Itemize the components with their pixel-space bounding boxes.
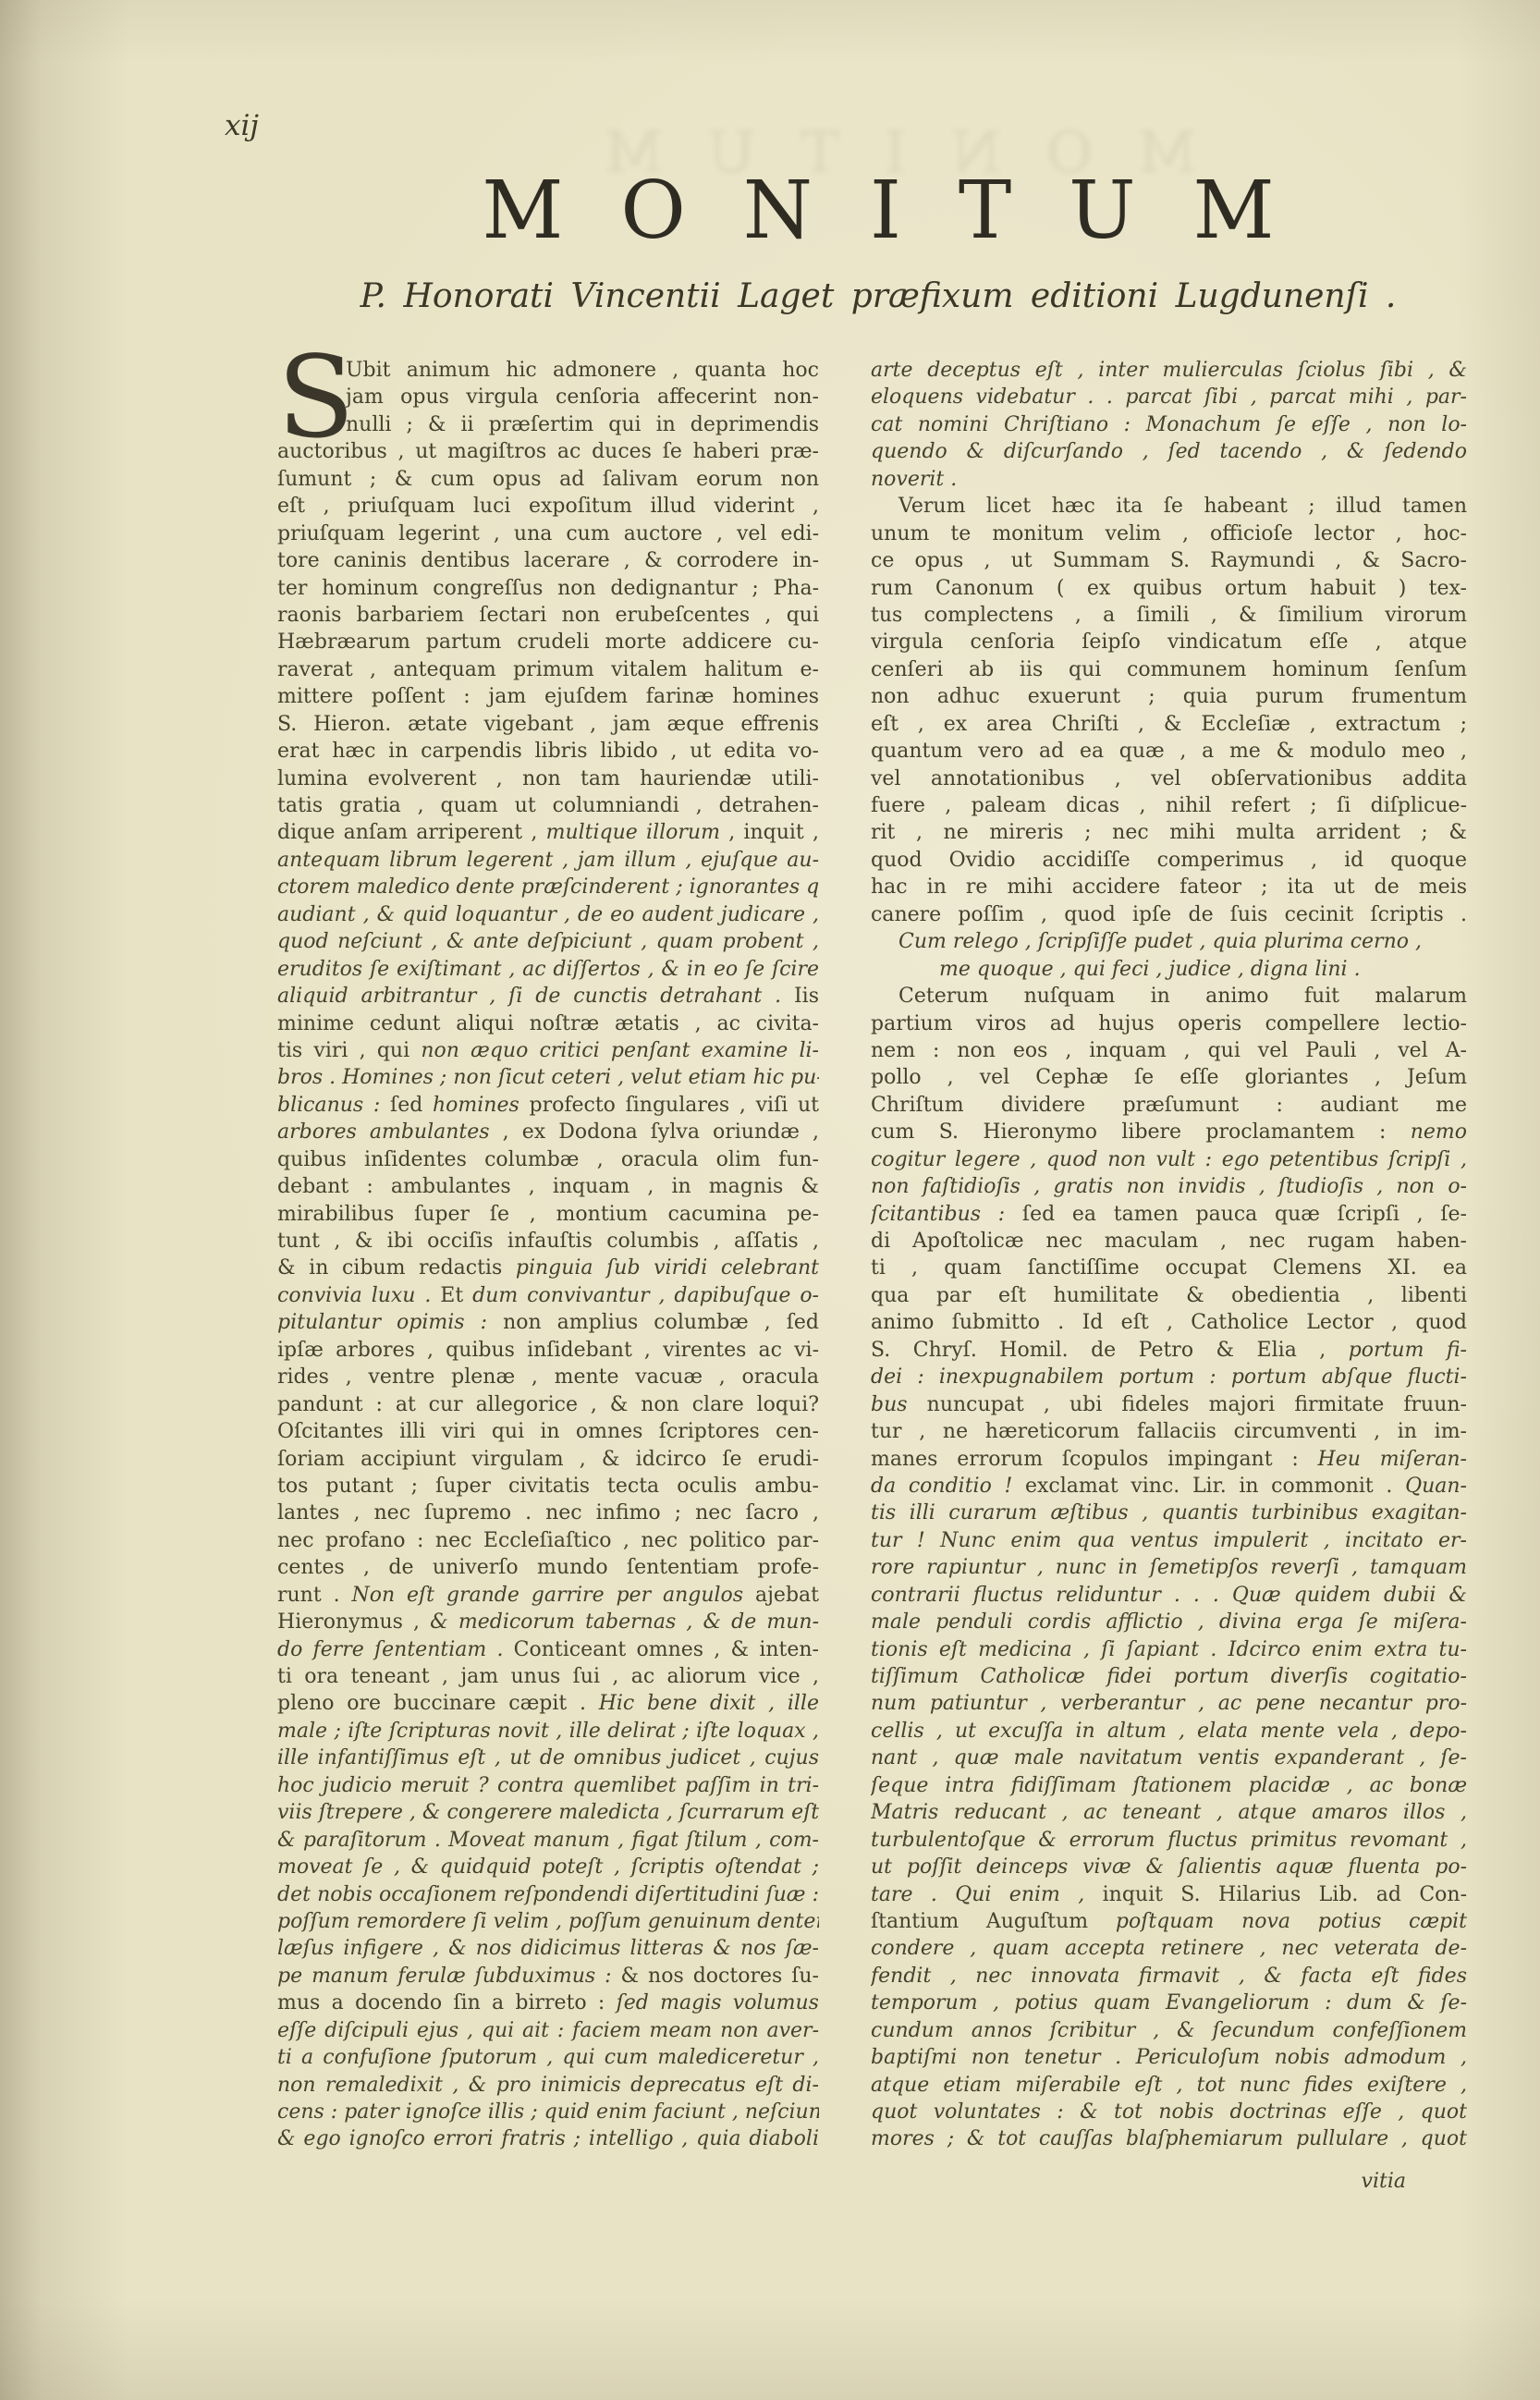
italic-run: & ego ignoſco errori fratris ; intelligo… <box>277 2127 819 2150</box>
left-column: S Ubit animum hic admonere , quanta hocj… <box>277 357 819 2153</box>
roman-run: canere poſſim , quod ipſe de ſuis cecini… <box>871 903 1467 926</box>
text-line: erat hæc in carpendis libris libido , ut… <box>277 738 819 765</box>
text-line: pleno ore buccinare cæpit . Hic bene dix… <box>277 1690 819 1717</box>
roman-run: pandunt : at cur allegorice , & non clar… <box>277 1393 819 1416</box>
italic-run: temporum , potius quam Evangeliorum : du… <box>871 1991 1467 2014</box>
italic-run: homines <box>433 1094 530 1117</box>
italic-run: baptiſmi non tenetur . Periculoſum nobis… <box>871 2046 1467 2069</box>
italic-run: ti a confuſione ſputorum , qui cum maled… <box>277 2046 819 2069</box>
text-line: unum te monitum velim , officioſe lector… <box>871 520 1467 547</box>
roman-run: lumina evolverent , non tam hauriendæ ut… <box>277 767 819 790</box>
text-line: ſumunt ; & cum opus ad ſalivam eorum non <box>277 466 819 493</box>
italic-run: do ferre ſententiam . <box>277 1638 503 1661</box>
text-line: mirabilibus ſuper ſe , montium cacumina … <box>277 1201 819 1228</box>
italic-run: ctorem maledico dente præſcinderent ; ig… <box>277 876 819 899</box>
text-line: raonis barbariem ſectari non erubeſcente… <box>277 602 819 629</box>
italic-run: pinguia ſub viridi celebrant <box>516 1256 819 1280</box>
text-line: partium viros ad hujus operis compellere… <box>871 1010 1467 1037</box>
italic-run: tis illi curarum æſtibus , quantis turbi… <box>871 1501 1467 1524</box>
italic-run: non æquo critici penſant examine li- <box>421 1039 819 1062</box>
text-line: Verum licet hæc ita ſe habeant ; illud t… <box>871 493 1467 520</box>
italic-run: blicanus : <box>277 1094 390 1117</box>
italic-run: nemo <box>1411 1120 1467 1144</box>
italic-run: non remaledixit , & pro inimicis depreca… <box>277 2074 819 2097</box>
italic-run: antequam librum legerent , jam illum , e… <box>277 849 819 872</box>
text-line: & in cibum redactis pinguia ſub viridi c… <box>277 1255 819 1281</box>
roman-run: & in cibum redactis <box>277 1256 516 1280</box>
roman-run: , ex Dodona ſylva oriundæ , <box>503 1120 819 1144</box>
roman-run: pollo , vel Cephæ ſe eſſe gloriantes , J… <box>871 1066 1467 1089</box>
italic-run: portum fi- <box>1349 1339 1467 1362</box>
roman-run: tis viri , qui <box>277 1039 421 1062</box>
edition-subtitle: P. Honorati Vincentii Laget præfixum edi… <box>222 277 1534 315</box>
italic-run: quendo & diſcurſando , ſed tacendo , & ſ… <box>871 440 1467 463</box>
text-line: rum Canonum ( ex quibus ortum habuit ) t… <box>871 575 1467 602</box>
roman-run: Hæbræarum partum crudeli morte addicere … <box>277 631 819 654</box>
roman-run: unum te monitum velim , officioſe lector… <box>871 522 1467 545</box>
roman-run: tos putant ; ſuper civitatis tecta oculi… <box>277 1475 819 1498</box>
roman-run: eſt , ex area Chriſti , & Eccleſiæ , ext… <box>871 713 1467 736</box>
italic-run: bus <box>871 1393 927 1416</box>
text-line: ſeque intra fidiſſimam ſtationem placidæ… <box>871 1772 1467 1799</box>
roman-run: erat hæc in carpendis libris libido , ut… <box>277 740 819 763</box>
text-line: arbores ambulantes , ex Dodona ſylva ori… <box>277 1119 819 1145</box>
italic-run: num patiuntur , verberantur , ac pene ne… <box>871 1692 1467 1715</box>
italic-run: & paraſitorum . Moveat manum , figat ſti… <box>277 1829 819 1852</box>
italic-run: rore rapiuntur , nunc in ſemetipſos reve… <box>871 1556 1467 1579</box>
text-line: quod neſciunt , & ante deſpiciunt , quam… <box>277 928 819 955</box>
text-line: Chriſtum dividere præſumunt : audiant me <box>871 1092 1467 1119</box>
text-line: male penduli cordis afflictio , divina e… <box>871 1609 1467 1635</box>
text-line: pe manum ferulæ ſubduximus : & nos docto… <box>277 1963 819 1990</box>
italic-run: arbores ambulantes <box>277 1120 503 1144</box>
roman-run: S. Chryſ. Homil. de Petro & Elia , <box>871 1339 1349 1362</box>
text-line: num patiuntur , verberantur , ac pene ne… <box>871 1690 1467 1717</box>
roman-run: runt . <box>277 1584 351 1607</box>
italic-run: tare . Qui enim , <box>871 1883 1084 1906</box>
text-line: blicanus : ſed homines profecto ſingular… <box>277 1092 819 1119</box>
text-line: nec profano : nec Eccleſiaſtico , nec po… <box>277 1527 819 1554</box>
text-line: turbulentoſque & errorum fluctus primitu… <box>871 1827 1467 1854</box>
text-line: ipſæ arbores , quibus inſidebant , viren… <box>277 1337 819 1364</box>
text-line: rore rapiuntur , nunc in ſemetipſos reve… <box>871 1554 1467 1581</box>
text-line: moveat ſe , & quidquid poteſt , ſcriptis… <box>277 1854 819 1880</box>
italic-run: Heu miſeran- <box>1318 1448 1467 1471</box>
italic-run: eruditos ſe exiſtimant , ac diſſertos , … <box>277 958 819 981</box>
roman-run: hac in re mihi accidere fateor ; ita ut … <box>871 876 1467 899</box>
italic-run: eſſe diſcipuli ejus , qui ait : faciem m… <box>277 2019 819 2042</box>
roman-run: di Apoſtolicæ nec maculam , nec rugam ha… <box>871 1230 1467 1253</box>
italic-run: cogitur legere , quod non vult : ego pet… <box>871 1148 1467 1171</box>
text-line: non remaledixit , & pro inimicis depreca… <box>277 2072 819 2099</box>
italic-run: cundum annos ſcribitur , & ſecundum conf… <box>871 2019 1467 2042</box>
text-line: tus complectens , a ſimili , & ſimilium … <box>871 602 1467 629</box>
roman-run: S. Hieron. ætate vigebant , jam æque eff… <box>277 713 819 736</box>
text-line: Cum relego , ſcripſiſſe pudet , quia plu… <box>871 928 1467 955</box>
text-line: quantum vero ad ea quæ , a me & modulo m… <box>871 738 1467 765</box>
text-line: bus nuncupat , ubi fideles majori firmit… <box>871 1391 1467 1418</box>
text-line: hac in re mihi accidere fateor ; ita ut … <box>871 874 1467 900</box>
roman-run: ſed <box>390 1094 433 1117</box>
italic-run: viis ſtrepere , & congerere maledicta , … <box>277 1801 819 1824</box>
italic-run: læſus infigere , & nos didicimus littera… <box>277 1937 819 1960</box>
text-line: canere poſſim , quod ipſe de ſuis cecini… <box>871 901 1467 928</box>
roman-run: exclamat vinc. Lir. in commonit . <box>1012 1475 1405 1498</box>
roman-run: debant : ambulantes , inquam , in magnis… <box>277 1175 819 1198</box>
roman-run: quibus inſidentes columbæ , oracula olim… <box>277 1148 819 1171</box>
text-line: lantes , nec ſupremo . nec infimo ; nec … <box>277 1500 819 1526</box>
italic-run: male penduli cordis afflictio , divina e… <box>871 1610 1467 1634</box>
text-line: convivia luxu . Et dum convivantur , dap… <box>277 1282 819 1309</box>
italic-run: moveat ſe , & quidquid poteſt , ſcriptis… <box>277 1855 819 1879</box>
roman-run: Ubit animum hic admonere , quanta hoc <box>346 359 819 382</box>
text-line: mores ; & tot cauſſas blaſphemiarum pull… <box>871 2125 1467 2152</box>
text-line: condere , quam accepta retinere , nec ve… <box>871 1935 1467 1962</box>
text-line: tatis gratia , quam ut columniandi , det… <box>277 792 819 819</box>
italic-run: ille infantiſſimus eſt , ut de omnibus j… <box>277 1746 819 1769</box>
text-line: nulli ; & ii præſertim qui in deprimendi… <box>346 411 819 438</box>
text-line: do ferre ſententiam . Conticeant omnes ,… <box>277 1636 819 1663</box>
text-line: di Apoſtolicæ nec maculam , nec rugam ha… <box>871 1228 1467 1255</box>
roman-run: tus complectens , a ſimili , & ſimilium … <box>871 604 1467 627</box>
text-line: atque etiam miſerabile eſt , tot nunc fi… <box>871 2072 1467 2099</box>
book-page: xij MONITUM MONITUM P. Honorati Vincenti… <box>0 0 1540 2400</box>
text-line: S. Hieron. ætate vigebant , jam æque eff… <box>277 711 819 738</box>
text-line: mittere poſſent : jam ejuſdem farinæ hom… <box>277 683 819 710</box>
roman-run: mus a docendo ſin a birreto : <box>277 1991 617 2014</box>
text-line: vel annotationibus , vel obſervationibus… <box>871 765 1467 792</box>
italic-run: quot voluntates : & tot nobis doctrinas … <box>871 2100 1467 2124</box>
text-line: quod Ovidio accidiſſe comperimus , id qu… <box>871 847 1467 874</box>
roman-run: inquit S. Hilarius Lib. ad Con- <box>1084 1883 1467 1906</box>
italic-run: poſtquam nova potius cæpit <box>1116 1910 1467 1933</box>
text-line: ut poſſit deinceps vivæ & ſalientis aquæ… <box>871 1854 1467 1880</box>
text-line: Ceterum nuſquam in animo fuit malarum <box>871 983 1467 1010</box>
italic-run: turbulentoſque & errorum fluctus primitu… <box>871 1829 1467 1852</box>
text-line: pandunt : at cur allegorice , & non clar… <box>277 1391 819 1418</box>
roman-run: ter hominum congreſſus non dedignantur ;… <box>277 577 819 600</box>
text-line: non adhuc exuerunt ; quia purum frumentu… <box>871 683 1467 710</box>
italic-run: pe manum ferulæ ſubduximus : <box>277 1965 621 1988</box>
roman-run: partium viros ad hujus operis compellere… <box>871 1012 1467 1035</box>
right-column: arte deceptus eſt , inter mulierculas ſc… <box>871 357 1467 2195</box>
text-line: viis ſtrepere , & congerere maledicta , … <box>277 1799 819 1826</box>
roman-run: quantum vero ad ea quæ , a me & modulo m… <box>871 740 1467 763</box>
italic-run: det nobis occaſionem reſpondendi diſerti… <box>277 1883 819 1906</box>
italic-run: cens : pater ignoſce illis ; quid enim f… <box>277 2100 819 2124</box>
text-line: nem : non eos , inquam , qui vel Pauli ,… <box>871 1037 1467 1064</box>
text-line: tore caninis dentibus lacerare , & corro… <box>277 547 819 574</box>
text-line: priuſquam legerint , una cum auctore , v… <box>277 520 819 547</box>
text-line: ctorem maledico dente præſcinderent ; ig… <box>277 874 819 900</box>
text-line: minime cedunt aliqui noſtræ ætatis , ac … <box>277 1010 819 1037</box>
text-line: quibus inſidentes columbæ , oracula olim… <box>277 1146 819 1173</box>
roman-run: tatis gratia , quam ut columniandi , det… <box>277 794 819 817</box>
text-line: tiſſimum Catholicæ fidei portum diverſis… <box>871 1663 1467 1690</box>
page-heading: MONITUM P. Honorati Vincentii Laget præf… <box>222 165 1534 315</box>
drop-cap: S <box>277 357 346 436</box>
roman-run: ſoriam accipiunt virgulam , & idcirco ſe… <box>277 1448 819 1471</box>
text-line: & paraſitorum . Moveat manum , figat ſti… <box>277 1827 819 1854</box>
italic-run: vitia <box>1362 2170 1406 2193</box>
text-line: tunt , & ibi occiſis infauſtis columbis … <box>277 1228 819 1255</box>
roman-run: cum S. Hieronymo libere proclamantem : <box>871 1120 1411 1144</box>
text-line: tare . Qui enim , inquit S. Hilarius Lib… <box>871 1881 1467 1908</box>
roman-run: jam opus virgula cenſoria affecerint non… <box>346 386 819 409</box>
italic-run: aliquid arbitrantur , ſi de cunctis detr… <box>277 985 781 1008</box>
text-line: Ubit animum hic admonere , quanta hoc <box>346 357 819 384</box>
text-line: pitulantur opimis : non amplius columbæ … <box>277 1309 819 1336</box>
roman-run: raonis barbariem ſectari non erubeſcente… <box>277 604 819 627</box>
roman-run: ipſæ arbores , quibus inſidebant , viren… <box>277 1339 819 1362</box>
text-line: baptiſmi non tenetur . Periculoſum nobis… <box>871 2044 1467 2071</box>
italic-run: convivia luxu . <box>277 1284 431 1307</box>
roman-run: Oſcitantes illi viri qui in omnes ſcript… <box>277 1420 819 1443</box>
text-line: ter hominum congreſſus non dedignantur ;… <box>277 575 819 602</box>
italic-run: Non eſt grande garrire per angulos <box>351 1584 755 1607</box>
text-line: dei : inexpugnabilem portum : portum abſ… <box>871 1364 1467 1390</box>
text-line: ille infantiſſimus eſt , ut de omnibus j… <box>277 1745 819 1771</box>
text-line: animo ſubmitto . Id eſt , Catholice Lect… <box>871 1309 1467 1336</box>
roman-run: nuncupat , ubi fideles majori firmitate … <box>927 1393 1467 1416</box>
roman-run: Et <box>431 1284 472 1307</box>
italic-run: nant , quæ male navitatum ventis expande… <box>871 1746 1467 1769</box>
roman-run: lantes , nec ſupremo . nec infimo ; nec … <box>277 1501 819 1524</box>
text-line: manes errorum ſcopulos impingant : Heu m… <box>871 1446 1467 1473</box>
italic-run: condere , quam accepta retinere , nec ve… <box>871 1937 1467 1960</box>
roman-run: quod Ovidio accidiſſe comperimus , id qu… <box>871 849 1467 872</box>
text-line: læſus infigere , & nos didicimus littera… <box>277 1935 819 1962</box>
italic-run: fendit , nec innovata firmavit , & facta… <box>871 1965 1467 1988</box>
text-line: rit , ne mireris ; nec mihi multa arride… <box>871 819 1467 846</box>
italic-run: da conditio ! <box>871 1475 1012 1498</box>
text-line: ſtantium Auguſtum poſtquam nova potius c… <box>871 1908 1467 1935</box>
roman-run: cenſeri ab iis qui communem hominum ſenſ… <box>871 658 1467 681</box>
roman-run: qua par eſt humilitate & obedientia , li… <box>871 1284 1467 1307</box>
text-line: ſoriam accipiunt virgulam , & idcirco ſe… <box>277 1446 819 1473</box>
text-line: raverat , antequam primum vitalem halitu… <box>277 656 819 683</box>
text-line: runt . Non eſt grande garrire per angulo… <box>277 1582 819 1609</box>
italic-run: eloquens videbatur . . parcat ſibi , par… <box>871 386 1467 409</box>
roman-run: manes errorum ſcopulos impingant : <box>871 1448 1318 1471</box>
roman-run: tore caninis dentibus lacerare , & corro… <box>277 549 819 572</box>
text-line: debant : ambulantes , inquam , in magnis… <box>277 1173 819 1200</box>
roman-run: ti ora teneant , jam unus ſui , ac alior… <box>277 1665 819 1688</box>
italic-run: Cum relego , ſcripſiſſe pudet , quia plu… <box>898 930 1422 953</box>
roman-run: nulli ; & ii præſertim qui in deprimendi… <box>346 413 819 436</box>
text-line: tur , ne hæreticorum fallaciis circumven… <box>871 1418 1467 1445</box>
roman-run: nem : non eos , inquam , qui vel Pauli ,… <box>871 1039 1467 1062</box>
text-line: Hæbræarum partum crudeli morte addicere … <box>277 629 819 655</box>
italic-run: arte deceptus eſt , inter mulierculas ſc… <box>871 359 1467 382</box>
text-line: cellis , ut excuſſa in altum , elata men… <box>871 1718 1467 1745</box>
italic-run: Hic bene dixit , ille <box>599 1692 819 1715</box>
italic-run: bros . Homines ; non ſicut ceteri , velu… <box>277 1066 819 1089</box>
roman-run: auctoribus , ut magiſtros ac duces ſe ha… <box>277 440 819 463</box>
text-line: cogitur legere , quod non vult : ego pet… <box>871 1146 1467 1173</box>
roman-run: Verum licet hæc ita ſe habeant ; illud t… <box>898 495 1467 518</box>
text-line: eſt , priuſquam luci expoſitum illud vid… <box>277 493 819 520</box>
roman-run: mirabilibus ſuper ſe , montium cacumina … <box>277 1203 819 1226</box>
roman-run: Ceterum nuſquam in animo fuit malarum <box>898 985 1467 1008</box>
roman-run: raverat , antequam primum vitalem halitu… <box>277 658 819 681</box>
text-line: aliquid arbitrantur , ſi de cunctis detr… <box>277 983 819 1010</box>
text-line: det nobis occaſionem reſpondendi diſerti… <box>277 1881 819 1908</box>
text-line: dique anſam arriperent , multique illoru… <box>277 819 819 846</box>
italic-run: ſed magis volumus <box>617 1991 819 2014</box>
italic-run: Matris reducant , ac teneant , atque ama… <box>871 1801 1467 1824</box>
text-line: tur ! Nunc enim qua ventus impulerit , i… <box>871 1527 1467 1554</box>
roman-run: & nos doctores ſu- <box>621 1965 820 1988</box>
text-line: male ; iſte ſcripturas novit , ille deli… <box>277 1718 819 1745</box>
roman-run: centes , de univerſo mundo ſententiam pr… <box>277 1556 819 1579</box>
italic-run: cellis , ut excuſſa in altum , elata men… <box>871 1720 1467 1743</box>
text-line: audiant , & quid loquantur , de eo auden… <box>277 901 819 928</box>
roman-run: tur , ne hæreticorum fallaciis circumven… <box>871 1420 1467 1443</box>
text-line: ti , quam ſanctiſſime occupat Clemens XI… <box>871 1255 1467 1281</box>
roman-run: animo ſubmitto . Id eſt , Catholice Lect… <box>871 1311 1467 1334</box>
italic-run: quod neſciunt , & ante deſpiciunt , quam… <box>277 930 819 953</box>
text-line: ti a confuſione ſputorum , qui cum maled… <box>277 2044 819 2071</box>
text-line: tis illi curarum æſtibus , quantis turbi… <box>871 1500 1467 1526</box>
text-line: arte deceptus eſt , inter mulierculas ſc… <box>871 357 1467 384</box>
text-line: temporum , potius quam Evangeliorum : du… <box>871 1990 1467 2016</box>
italic-run: mores ; & tot cauſſas blaſphemiarum pull… <box>871 2127 1467 2150</box>
italic-run: dum convivantur , dapibuſque o- <box>472 1284 819 1307</box>
italic-run: tiſſimum Catholicæ fidei portum diverſis… <box>871 1665 1467 1688</box>
text-line: jam opus virgula cenſoria affecerint non… <box>346 384 819 410</box>
italic-run: & medicorum tabernas , & de mun- <box>430 1610 819 1634</box>
text-line: eſt , ex area Chriſti , & Eccleſiæ , ext… <box>871 711 1467 738</box>
italic-run: noverit . <box>871 468 957 491</box>
roman-run: non adhuc exuerunt ; quia purum frumentu… <box>871 685 1467 708</box>
text-line: nant , quæ male navitatum ventis expande… <box>871 1745 1467 1771</box>
roman-run: profecto ſingulares , viſi ut <box>530 1094 819 1117</box>
text-line: non faſtidioſis , gratis non invidis , ſ… <box>871 1173 1467 1200</box>
text-line: eſſe diſcipuli ejus , qui ait : faciem m… <box>277 2017 819 2044</box>
text-line: cens : pater ignoſce illis ; quid enim f… <box>277 2099 819 2125</box>
text-line: S. Chryſ. Homil. de Petro & Elia , portu… <box>871 1337 1467 1364</box>
text-line: tionis eſt medicina , ſi ſapiant . Idcir… <box>871 1636 1467 1663</box>
italic-run: non faſtidioſis , gratis non invidis , ſ… <box>871 1175 1467 1198</box>
text-line: antequam librum legerent , jam illum , e… <box>277 847 819 874</box>
roman-run: eſt , priuſquam luci expoſitum illud vid… <box>277 495 819 518</box>
text-line: Matris reducant , ac teneant , atque ama… <box>871 1799 1467 1826</box>
italic-run: contrarii fluctus reliduntur . . . Quæ q… <box>871 1584 1467 1607</box>
text-line: lumina evolverent , non tam hauriendæ ut… <box>277 765 819 792</box>
italic-run: me quoque , qui feci , judice , digna li… <box>939 958 1361 981</box>
text-line: ſcitantibus : ſed ea tamen pauca quæ ſcr… <box>871 1201 1467 1228</box>
text-line: Oſcitantes illi viri qui in omnes ſcript… <box>277 1418 819 1445</box>
text-line: poſſum remordere ſi velim , poſſum genui… <box>277 1908 819 1935</box>
text-line: fendit , nec innovata firmavit , & facta… <box>871 1963 1467 1990</box>
text-line: eloquens videbatur . . parcat ſibi , par… <box>871 384 1467 410</box>
page-number: xij <box>225 109 259 142</box>
roman-run: rit , ne mireris ; nec mihi multa arride… <box>871 821 1467 844</box>
roman-run: minime cedunt aliqui noſtræ ætatis , ac … <box>277 1012 819 1035</box>
roman-run: Conticeant omnes , & inten- <box>503 1638 819 1661</box>
text-line: Hieronymus , & medicorum tabernas , & de… <box>277 1609 819 1635</box>
roman-run: rides , ventre plenæ , mente vacuæ , ora… <box>277 1365 819 1389</box>
italic-run: dei : inexpugnabilem portum : portum abſ… <box>871 1365 1467 1389</box>
italic-run: ut poſſit deinceps vivæ & ſalientis aquæ… <box>871 1855 1467 1879</box>
text-line: rides , ventre plenæ , mente vacuæ , ora… <box>277 1364 819 1390</box>
text-line: ti ora teneant , jam unus ſui , ac alior… <box>277 1663 819 1690</box>
text-line: cenſeri ab iis qui communem hominum ſenſ… <box>871 656 1467 683</box>
italic-run: pitulantur opimis : <box>277 1311 503 1334</box>
text-line: tis viri , qui non æquo critici penſant … <box>277 1037 819 1064</box>
text-line: quendo & diſcurſando , ſed tacendo , & ſ… <box>871 438 1467 465</box>
roman-run: Chriſtum dividere præſumunt : audiant me <box>871 1094 1467 1117</box>
italic-run: Quan- <box>1405 1475 1467 1498</box>
text-line: noverit . <box>871 466 1467 493</box>
roman-run: ajebat <box>755 1584 819 1607</box>
roman-run: nec profano : nec Eccleſiaſtico , nec po… <box>277 1529 819 1552</box>
page-title: MONITUM <box>222 165 1534 257</box>
text-line: bros . Homines ; non ſicut ceteri , velu… <box>277 1064 819 1091</box>
text-line: me quoque , qui feci , judice , digna li… <box>871 956 1467 983</box>
italic-run: hoc judicio meruit ? contra quemlibet pa… <box>277 1774 819 1797</box>
italic-run: audiant , & quid loquantur , de eo auden… <box>277 903 819 926</box>
italic-run: atque etiam miſerabile eſt , tot nunc fi… <box>871 2074 1467 2097</box>
italic-run: male ; iſte ſcripturas novit , ille deli… <box>277 1720 819 1743</box>
text-line: cat nomini Chriſtiano : Monachum ſe eſſe… <box>871 411 1467 438</box>
italic-run: ſcitantibus : <box>871 1203 1022 1226</box>
text-line: pollo , vel Cephæ ſe eſſe gloriantes , J… <box>871 1064 1467 1091</box>
roman-run: ce opus , ut Summam S. Raymundi , & Sacr… <box>871 549 1467 572</box>
roman-run: Iis <box>781 985 819 1008</box>
catchword: vitia <box>871 2168 1467 2195</box>
italic-run: cat nomini Chriſtiano : Monachum ſe eſſe… <box>871 413 1467 436</box>
italic-run: poſſum remordere ſi velim , poſſum genui… <box>277 1910 819 1933</box>
roman-run: dique anſam arriperent , <box>277 821 546 844</box>
text-line: tos putant ; ſuper civitatis tecta oculi… <box>277 1473 819 1500</box>
text-line: cum S. Hieronymo libere proclamantem : n… <box>871 1119 1467 1145</box>
text-line: & ego ignoſco errori fratris ; intelligo… <box>277 2125 819 2152</box>
text-line: centes , de univerſo mundo ſententiam pr… <box>277 1554 819 1581</box>
text-line: fuere , paleam dicas , nihil refert ; ſi… <box>871 792 1467 819</box>
text-line: eruditos ſe exiſtimant , ac diſſertos , … <box>277 956 819 983</box>
roman-run: pleno ore buccinare cæpit . <box>277 1692 599 1715</box>
text-line: mus a docendo ſin a birreto : ſed magis … <box>277 1990 819 2016</box>
roman-run: fuere , paleam dicas , nihil refert ; ſi… <box>871 794 1467 817</box>
roman-run: ti , quam ſanctiſſime occupat Clemens XI… <box>871 1256 1467 1280</box>
text-line: contrarii fluctus reliduntur . . . Quæ q… <box>871 1582 1467 1609</box>
roman-run: ſed ea tamen pauca quæ ſcripſi , ſe- <box>1022 1203 1467 1226</box>
roman-run: Hieronymus , <box>277 1610 430 1634</box>
italic-run: tur ! Nunc enim qua ventus impulerit , i… <box>871 1529 1467 1552</box>
text-line: da conditio ! exclamat vinc. Lir. in com… <box>871 1473 1467 1500</box>
roman-run: ſtantium Auguſtum <box>871 1910 1116 1933</box>
italic-run: multique illorum <box>546 821 720 844</box>
italic-run: ſeque intra fidiſſimam ſtationem placidæ… <box>871 1774 1467 1797</box>
text-line: virgula cenſoria ſeipſo vindicatum eſſe … <box>871 629 1467 655</box>
text-line: ce opus , ut Summam S. Raymundi , & Sacr… <box>871 547 1467 574</box>
roman-run: , inquit , <box>720 821 819 844</box>
italic-run: tionis eſt medicina , ſi ſapiant . Idcir… <box>871 1638 1467 1661</box>
text-line: quot voluntates : & tot nobis doctrinas … <box>871 2099 1467 2125</box>
roman-run: ſumunt ; & cum opus ad ſalivam eorum non <box>277 468 819 491</box>
roman-run: mittere poſſent : jam ejuſdem farinæ hom… <box>277 685 819 708</box>
text-line: qua par eſt humilitate & obedientia , li… <box>871 1282 1467 1309</box>
roman-run: rum Canonum ( ex quibus ortum habuit ) t… <box>871 577 1467 600</box>
roman-run: priuſquam legerint , una cum auctore , v… <box>277 522 819 545</box>
roman-run: virgula cenſoria ſeipſo vindicatum eſſe … <box>871 631 1467 654</box>
text-line: auctoribus , ut magiſtros ac duces ſe ha… <box>277 438 819 465</box>
text-line: cundum annos ſcribitur , & ſecundum conf… <box>871 2017 1467 2044</box>
roman-run: vel annotationibus , vel obſervationibus… <box>871 767 1467 790</box>
roman-run: tunt , & ibi occiſis infauſtis columbis … <box>277 1230 819 1253</box>
